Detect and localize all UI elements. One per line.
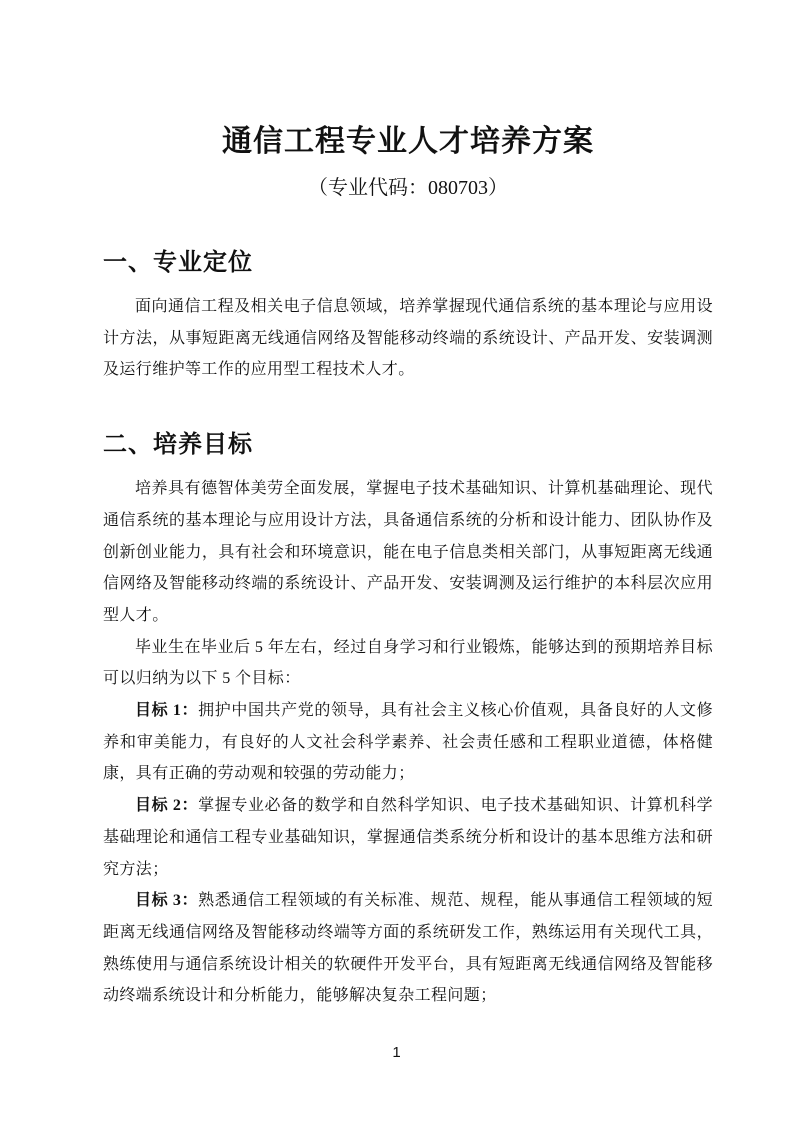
document-subtitle: （专业代码：080703） bbox=[103, 172, 713, 204]
document-page: 通信工程专业人才培养方案 （专业代码：080703） 一、专业定位 面向通信工程… bbox=[0, 0, 793, 1122]
paragraph-goal-3: 目标 3：熟悉通信工程领域的有关标准、规范、规程，能从事通信工程领域的短距离无线… bbox=[103, 885, 713, 1012]
paragraph-goal-1: 目标 1：拥护中国共产党的领导，具有社会主义核心价值观，具备良好的人文修养和审美… bbox=[103, 695, 713, 790]
paragraph-goal-2: 目标 2：掌握专业必备的数学和自然科学知识、电子技术基础知识、计算机科学基础理论… bbox=[103, 790, 713, 885]
goal-1-label: 目标 1： bbox=[135, 702, 198, 719]
paragraph-graduate-expectations: 毕业生在毕业后 5 年左右，经过自身学习和行业锻炼，能够达到的预期培养目标可以归… bbox=[103, 632, 713, 695]
section-heading-objectives: 二、培养目标 bbox=[103, 428, 713, 462]
page-number: 1 bbox=[0, 1042, 793, 1064]
goal-2-label: 目标 2： bbox=[135, 797, 198, 814]
paragraph-positioning: 面向通信工程及相关电子信息领域，培养掌握现代通信系统的基本理论与应用设计方法，从… bbox=[103, 291, 713, 386]
paragraph-text: 毕业生在毕业后 5 年左右，经过自身学习和行业锻炼，能够达到的预期培养目标可以归… bbox=[103, 639, 713, 688]
paragraph-text: 面向通信工程及相关电子信息领域，培养掌握现代通信系统的基本理论与应用设计方法，从… bbox=[103, 298, 713, 378]
goal-3-label: 目标 3： bbox=[135, 892, 198, 909]
paragraph-objectives-intro: 培养具有德智体美劳全面发展，掌握电子技术基础知识、计算机基础理论、现代通信系统的… bbox=[103, 473, 713, 632]
paragraph-text: 培养具有德智体美劳全面发展，掌握电子技术基础知识、计算机基础理论、现代通信系统的… bbox=[103, 480, 713, 624]
section-heading-positioning: 一、专业定位 bbox=[103, 246, 713, 280]
document-title: 通信工程专业人才培养方案 bbox=[103, 120, 713, 164]
